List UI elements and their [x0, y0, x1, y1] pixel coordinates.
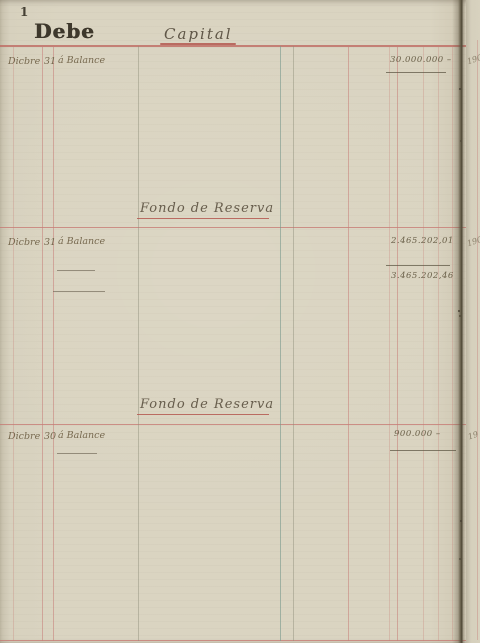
carry-forward-line-2: [53, 291, 105, 292]
entry-month: Dicbre: [8, 237, 40, 248]
page-number: 1: [20, 5, 28, 19]
entry-month: Dicbre: [8, 56, 40, 67]
bottom-rule: [0, 640, 480, 641]
entry-day: 30: [44, 431, 56, 442]
entry-amount-secondary: 3.465.202,46: [391, 271, 454, 281]
amount-column-rule-2: [389, 46, 390, 641]
paper-texture: [0, 0, 480, 643]
next-page-column-rule: [477, 40, 478, 640]
section-heading-underline: [137, 218, 269, 219]
entry-day: 31: [44, 237, 56, 248]
carry-forward-line: [57, 270, 95, 271]
section-heading-underline: [137, 414, 269, 415]
amount-total-line: [390, 450, 456, 451]
section-heading: Fondo de Reserva: [140, 201, 274, 216]
carry-forward-line: [57, 453, 97, 454]
margin-rule: [13, 46, 14, 641]
entry-description: á Balance: [58, 236, 105, 247]
amount-total-line: [386, 265, 450, 266]
entry-month: Dicbre: [8, 431, 40, 442]
day-column-rule: [53, 46, 54, 641]
book-spine: [452, 0, 466, 643]
entry-amount: 2.465.202,01: [391, 236, 454, 246]
entry-amount: 30.000.000 –: [390, 55, 452, 65]
date-column-rule: [42, 46, 43, 641]
cents-column-rule: [423, 46, 424, 641]
header-rule: [0, 45, 480, 47]
amount-total-line: [386, 72, 446, 73]
amount-column-rule: [348, 46, 349, 641]
account-title: Capital: [164, 25, 233, 43]
section2-rule: [0, 227, 480, 228]
folio-column-rule-2: [293, 46, 294, 641]
entry-day: 31: [44, 56, 56, 67]
section3-rule: [0, 424, 480, 425]
entry-description: á Balance: [58, 430, 105, 441]
ledger-page: 1 Debe Capital Dicbre 31 á Balance 30.00…: [0, 0, 480, 643]
folio-column-rule: [280, 46, 281, 641]
amount-column-rule-3: [397, 46, 398, 641]
entry-description: á Balance: [58, 55, 105, 66]
entry-amount: 900.000 –: [394, 429, 441, 439]
detail-column-rule: [138, 46, 139, 641]
spine-speckles: [459, 88, 461, 90]
cents-column-rule-2: [438, 46, 439, 641]
section-heading: Fondo de Reserva: [140, 397, 274, 412]
debit-header: Debe: [34, 19, 95, 43]
